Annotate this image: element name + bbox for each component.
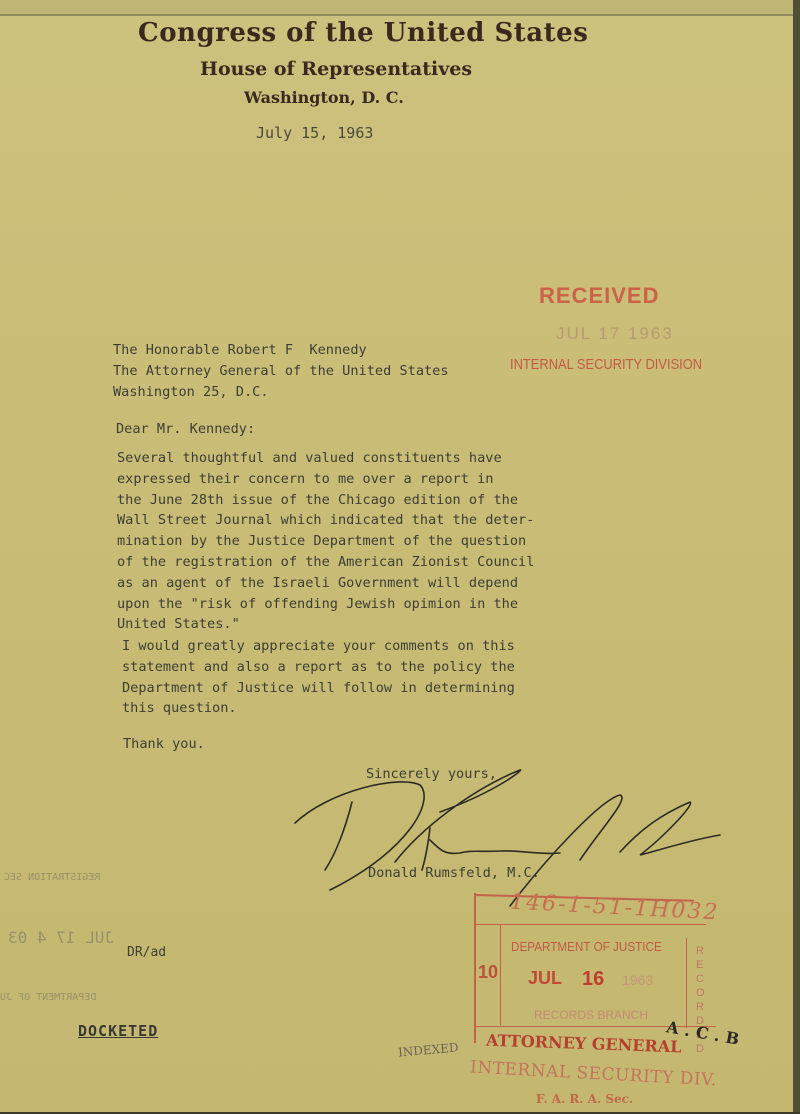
doj-month: JUL xyxy=(528,968,562,989)
ghost-stamp-registration: REGISTRATION SEC xyxy=(4,872,100,883)
docketed-stamp: DOCKETED xyxy=(78,1022,158,1040)
ag-stamp-section: F. A. R. A. Sec. xyxy=(536,1092,633,1106)
doj-stamp-border xyxy=(476,924,706,925)
doj-branch: RECORDS BRANCH xyxy=(534,1008,648,1022)
signature-icon xyxy=(0,0,800,1114)
doj-day: 16 xyxy=(582,968,604,991)
doj-department: DEPARTMENT OF JUSTICE xyxy=(511,939,662,954)
doj-stamp-border xyxy=(686,938,687,1028)
doj-stamp-border xyxy=(474,893,476,1043)
doj-stamp-border xyxy=(500,925,501,1025)
doj-side-number: 10 xyxy=(478,962,498,983)
doj-year: 1963 xyxy=(622,972,653,988)
ghost-stamp-date: JUL 17 4 03 xyxy=(8,928,114,947)
ghost-stamp-department: DEPARTMENT OF JU xyxy=(0,992,96,1003)
